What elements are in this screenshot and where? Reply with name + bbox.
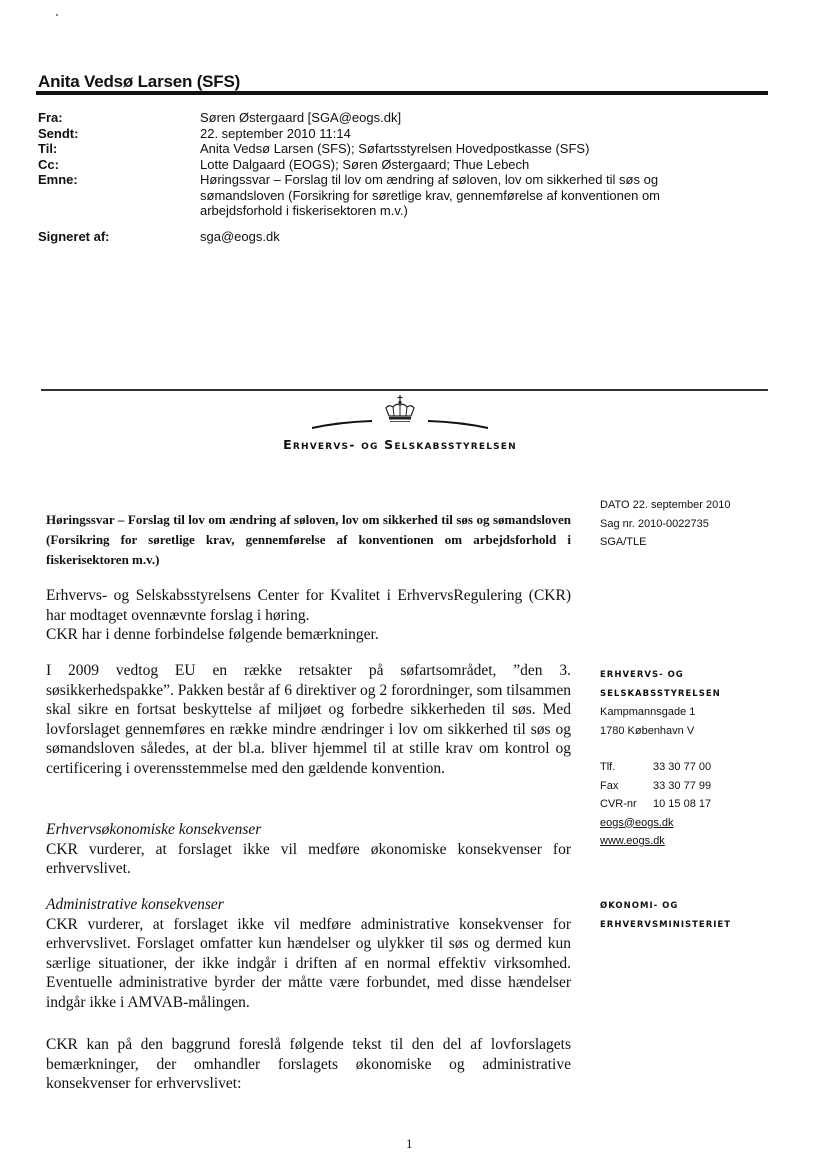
economic-text: CKR vurderer, at forslaget ikke vil medf…: [46, 840, 571, 879]
letterhead-swoosh: [310, 412, 490, 430]
meta-label: Emne:: [38, 172, 200, 219]
website-link[interactable]: www.eogs.dk: [600, 832, 721, 851]
contact-fax: Fax 33 30 77 99: [600, 777, 721, 796]
email-meta: Fra: Søren Østergaard [SGA@eogs.dk] Send…: [38, 110, 738, 244]
meta-to: Til: Anita Vedsø Larsen (SFS); Søfartsst…: [38, 141, 738, 157]
sender-address: ERHVERVS- OG SELSKABSSTYRELSEN Kampmanns…: [600, 666, 721, 851]
page-number: 1: [406, 1136, 413, 1152]
meta-label: Sendt:: [38, 126, 200, 142]
sender-org-line2: SELSKABSSTYRELSEN: [600, 685, 721, 704]
letter-date: DATO 22. september 2010: [600, 496, 730, 515]
header-rule: [36, 91, 768, 95]
contact-cvr: CVR-nr 10 15 08 17: [600, 795, 721, 814]
case-number: Sag nr. 2010-0022735: [600, 515, 730, 534]
contact-key: CVR-nr: [600, 795, 653, 814]
economic-heading: Erhvervsøkonomiske konsekvenser: [46, 820, 571, 840]
meta-from: Fra: Søren Østergaard [SGA@eogs.dk]: [38, 110, 738, 126]
initials: SGA/TLE: [600, 533, 730, 552]
meta-label: Cc:: [38, 157, 200, 173]
contact-phone: Tlf. 33 30 77 00: [600, 758, 721, 777]
meta-cc: Cc: Lotte Dalgaard (EOGS); Søren Østerga…: [38, 157, 738, 173]
meta-value: Søren Østergaard [SGA@eogs.dk]: [200, 110, 738, 126]
administrative-text: CKR vurderer, at forslaget ikke vil medf…: [46, 915, 571, 1013]
letter-subject: Høringssvar – Forslag til lov om ændring…: [46, 510, 571, 570]
meta-value: Lotte Dalgaard (EOGS); Søren Østergaard;…: [200, 157, 738, 173]
background-paragraph: I 2009 vedtog EU en række retsakter på s…: [46, 661, 571, 778]
intro-remarks: CKR har i denne forbindelse følgende bem…: [46, 625, 571, 645]
meta-value: Høringssvar – Forslag til lov om ændring…: [200, 172, 738, 219]
scan-speck: [56, 14, 58, 16]
sender-org-line1: ERHVERVS- OG: [600, 666, 721, 685]
city-address: 1780 København V: [600, 722, 721, 741]
economic-section: Erhvervsøkonomiske konsekvenser CKR vurd…: [46, 820, 571, 879]
email-recipient-title: Anita Vedsø Larsen (SFS): [38, 72, 240, 92]
meta-label: Til:: [38, 141, 200, 157]
closing-paragraph: CKR kan på den baggrund foreslå følgende…: [46, 1035, 571, 1094]
meta-label: Signeret af:: [38, 229, 200, 245]
meta-label: Fra:: [38, 110, 200, 126]
street-address: Kampmannsgade 1: [600, 703, 721, 722]
administrative-heading: Administrative konsekvenser: [46, 895, 571, 915]
ministry-line2: ERHVERVSMINISTERIET: [600, 916, 731, 935]
meta-value: Anita Vedsø Larsen (SFS); Søfartsstyrels…: [200, 141, 738, 157]
ministry-name: ØKONOMI- OG ERHVERVSMINISTERIET: [600, 897, 731, 934]
contact-value: 10 15 08 17: [653, 795, 711, 814]
meta-sent: Sendt: 22. september 2010 11:14: [38, 126, 738, 142]
email-link[interactable]: eogs@eogs.dk: [600, 814, 721, 833]
intro-paragraph: Erhvervs- og Selskabsstyrelsens Center f…: [46, 586, 571, 645]
contact-key: Tlf.: [600, 758, 653, 777]
organization-name: Erhvervs- og Selskabsstyrelsen: [0, 437, 800, 452]
administrative-section: Administrative konsekvenser CKR vurderer…: [46, 895, 571, 1012]
ministry-line1: ØKONOMI- OG: [600, 897, 731, 916]
meta-signed-by: Signeret af: sga@eogs.dk: [38, 229, 738, 245]
meta-value: 22. september 2010 11:14: [200, 126, 738, 142]
contact-key: Fax: [600, 777, 653, 796]
meta-subject: Emne: Høringssvar – Forslag til lov om æ…: [38, 172, 738, 219]
case-info: DATO 22. september 2010 Sag nr. 2010-002…: [600, 496, 730, 552]
section-divider: [41, 389, 768, 391]
intro-text: Erhvervs- og Selskabsstyrelsens Center f…: [46, 586, 571, 625]
meta-value: sga@eogs.dk: [200, 229, 738, 245]
contact-value: 33 30 77 00: [653, 758, 711, 777]
contact-value: 33 30 77 99: [653, 777, 711, 796]
